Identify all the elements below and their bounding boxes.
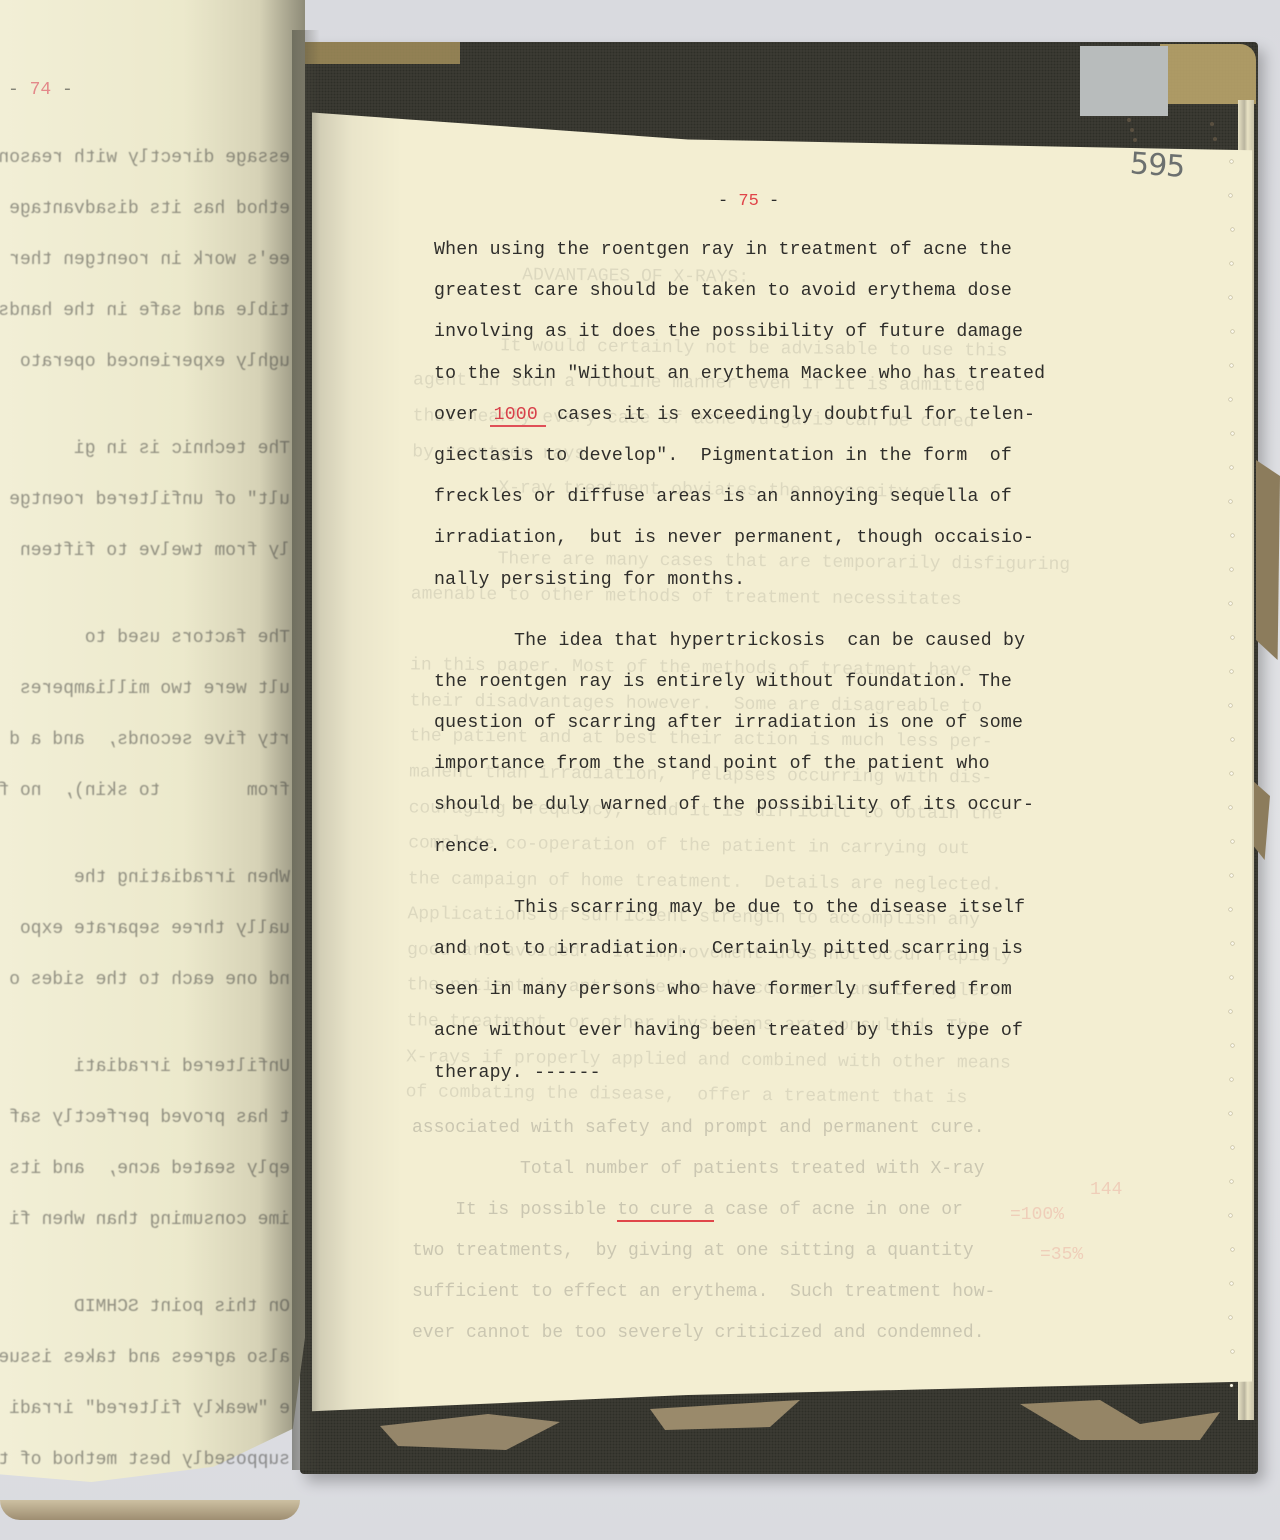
mirrored-line: On this point SCHMID [0,1297,300,1348]
text-line: When using the roentgen ray in treatment… [434,240,1114,281]
bleed-through-text-lower: associated with safety and prompt and pe… [412,1118,1112,1364]
text-line: greatest care should be taken to avoid e… [434,281,1114,322]
left-page-bottom-edge [0,1500,300,1520]
red-margin-note: 144 [1090,1180,1122,1200]
text-line: question of scarring after irradiation i… [434,713,1114,754]
red-underlined-text: to cure a [617,1200,714,1222]
text-line: freckles or diffuse areas is an annoying… [434,487,1114,528]
text-line: the roentgen ray is entirely without fou… [434,672,1114,713]
bleed-line: It is possible to cure a case of acne in… [412,1200,1112,1241]
text-fragment: It is possible [412,1200,617,1220]
left-page-number-value: 74 [30,80,52,100]
cover-worn-corner [1160,44,1256,104]
mirrored-line: ughly experienced operato [0,352,300,403]
page-number-suffix: - [759,192,779,211]
bleed-line: two treatments, by giving at one sitting… [412,1241,1112,1282]
pin-hole [1133,138,1137,142]
left-page-number: - 74 - [8,80,73,100]
mirrored-line: The technic is in gi [0,439,300,490]
red-margin-note: =100% [1010,1205,1064,1225]
text-line: involving as it does the possibility of … [434,322,1114,363]
text-line: nally persisting for months. [434,570,1114,611]
cover-worn-edge [300,42,460,64]
pin-hole [1210,122,1214,126]
mirrored-line: also agrees and takes issue [0,1348,300,1399]
left-page-mirrored-text: essage directly with reasonethod has its… [0,148,300,1501]
mirrored-line: ee's work in roentgen ther [0,250,300,301]
red-margin-note: =35% [1040,1245,1083,1265]
paragraph-gap [0,1021,300,1057]
text-line: The idea that hypertrickosis can be caus… [434,631,1114,672]
bleed-line: sufficient to effect an erythema. Such t… [412,1282,1112,1323]
bleed-line: Total number of patients treated with X-… [412,1159,1112,1200]
pin-hole [1213,137,1217,141]
pin-hole [1127,118,1131,122]
page-number: - 75 - [718,192,779,211]
mirrored-line: ime consuming than when fi [0,1210,300,1261]
mirrored-line: supposedly best method of t [0,1450,300,1501]
paragraph-gap [434,878,1114,898]
mirrored-line: ually three separate expo [0,919,300,970]
mirrored-line: Unfiltered irradiati [0,1057,300,1108]
mirrored-line: tible and safe in the hands [0,301,300,352]
text-line: and not to irradiation. Certainly pitted… [434,939,1114,980]
paragraph-gap [434,611,1114,631]
mirrored-line: eply seated acne, and its a [0,1159,300,1210]
mirrored-line: ult" of unfiltered roentge [0,490,300,541]
paragraph-gap [0,403,300,439]
text-line: seen in many persons who have formerly s… [434,980,1114,1021]
text-line: rence. [434,837,1114,878]
text-line: irradiation, but is never permanent, tho… [434,528,1114,569]
mirrored-line: from to skin), no f [0,781,300,832]
paragraph-gap [0,1261,300,1297]
text-line: to the skin "Without an erythema Mackee … [434,364,1114,405]
paragraph-gap [0,592,300,628]
text-line: This scarring may be due to the disease … [434,898,1114,939]
inserted-grey-sheet [1080,46,1168,116]
mirrored-line: rty five seconds, and a d [0,730,300,781]
paragraph-gap [0,832,300,868]
text-line: importance from the stand point of the p… [434,754,1114,795]
mirrored-line: nd one each to the sides o [0,970,300,1021]
bleed-line: ever cannot be too severely criticized a… [412,1323,1112,1364]
mirrored-line: ethod has its disadvantage [0,199,300,250]
archive-folio-number: 595 [1129,146,1186,185]
text-fragment: over [434,405,490,425]
mirrored-line: When irradiating the [0,868,300,919]
mirrored-line: ult were two milliamperes [0,679,300,730]
torn-paper-flap [1256,460,1280,660]
typed-body-text: When using the roentgen ray in treatment… [434,240,1114,1104]
mirrored-line: essage directly with reason [0,148,300,199]
left-page-number-suffix: - [51,80,73,100]
text-fragment: case of acne in one or [714,1200,962,1220]
text-line: giectasis to develop". Pigmentation in t… [434,446,1114,487]
red-annotated-number: 1000 [490,405,546,427]
text-line: therapy. ------ [434,1063,1114,1104]
mirrored-line: t has proved perfectly saf [0,1108,300,1159]
mirrored-line: The factors used to [0,628,300,679]
page-number-prefix: - [718,192,738,211]
left-page-number-prefix: - [8,80,30,100]
bleed-line: associated with safety and prompt and pe… [412,1118,1112,1159]
pin-hole [1130,128,1134,132]
text-line: over 1000 cases it is exceedingly doubtf… [434,405,1114,446]
mirrored-line: e "weakly filtered" irradi [0,1399,300,1450]
text-fragment: cases it is exceedingly doubtful for tel… [546,405,1035,425]
text-line: should be duly warned of the possibility… [434,795,1114,836]
text-line: acne without ever having been treated by… [434,1021,1114,1062]
mirrored-line: ly from twelve to fifteen [0,541,300,592]
page-number-value: 75 [738,192,758,211]
